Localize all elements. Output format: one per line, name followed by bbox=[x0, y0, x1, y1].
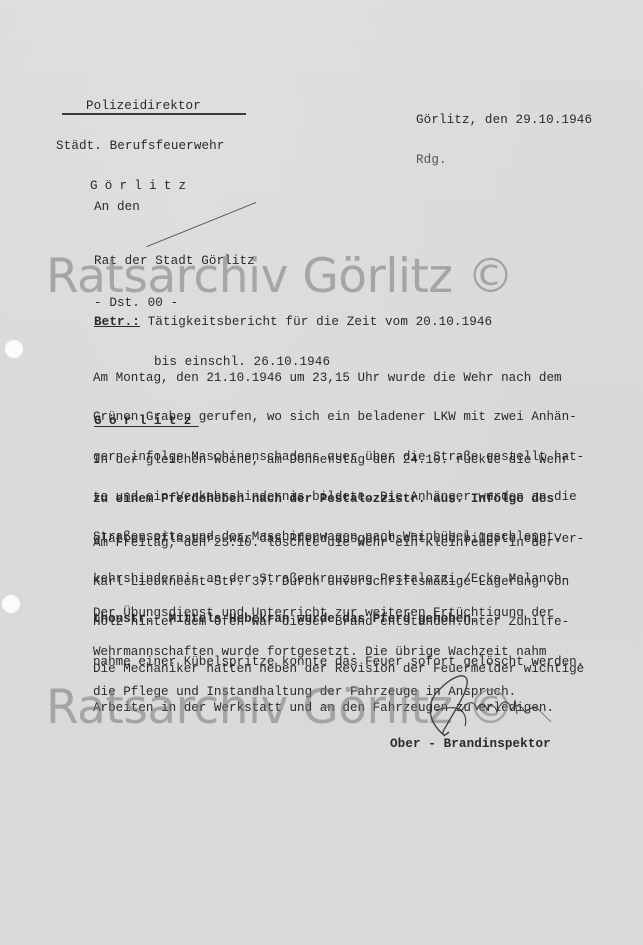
paragraph-line: Grünen Graben gerufen, wo sich ein belad… bbox=[93, 411, 584, 424]
paragraph-line: In der gleichen Woche, am Donnerstag den… bbox=[93, 454, 584, 467]
subject-label: Betr.: bbox=[94, 315, 140, 329]
sender-underline bbox=[62, 113, 246, 115]
handwritten-signature bbox=[405, 670, 555, 740]
recipient-name: Rat der Stadt Görlitz bbox=[94, 254, 255, 268]
punch-hole bbox=[2, 595, 20, 613]
signature-title: Ober - Brandinspektor bbox=[390, 738, 551, 751]
sender-line-1: Polizeidirektor bbox=[86, 100, 224, 113]
paragraph-line: Am Freitag, den 25.10. löschte die Wehr … bbox=[93, 537, 584, 550]
sender-line-2: Städt. Berufsfeuerwehr bbox=[56, 140, 224, 153]
paragraph-line: zu einem Pferdeheben nach der Pestalozzi… bbox=[93, 493, 584, 506]
reference-code: Rdg. bbox=[416, 154, 592, 167]
paragraph-line: Am Montag, den 21.10.1946 um 23,15 Uhr w… bbox=[93, 372, 584, 385]
paragraph-line: Der Übungsdienst und Unterricht zur weit… bbox=[93, 607, 554, 620]
document-page: Polizeidirektor Städt. Berufsfeuerwehr G… bbox=[0, 0, 643, 945]
subject-line-1: Tätigkeitsbericht für die Zeit vom 20.10… bbox=[148, 315, 493, 329]
date-line: Görlitz, den 29.10.1946 bbox=[416, 114, 592, 127]
punch-hole bbox=[5, 340, 23, 358]
date-block: Görlitz, den 29.10.1946 Rdg. bbox=[416, 88, 592, 194]
